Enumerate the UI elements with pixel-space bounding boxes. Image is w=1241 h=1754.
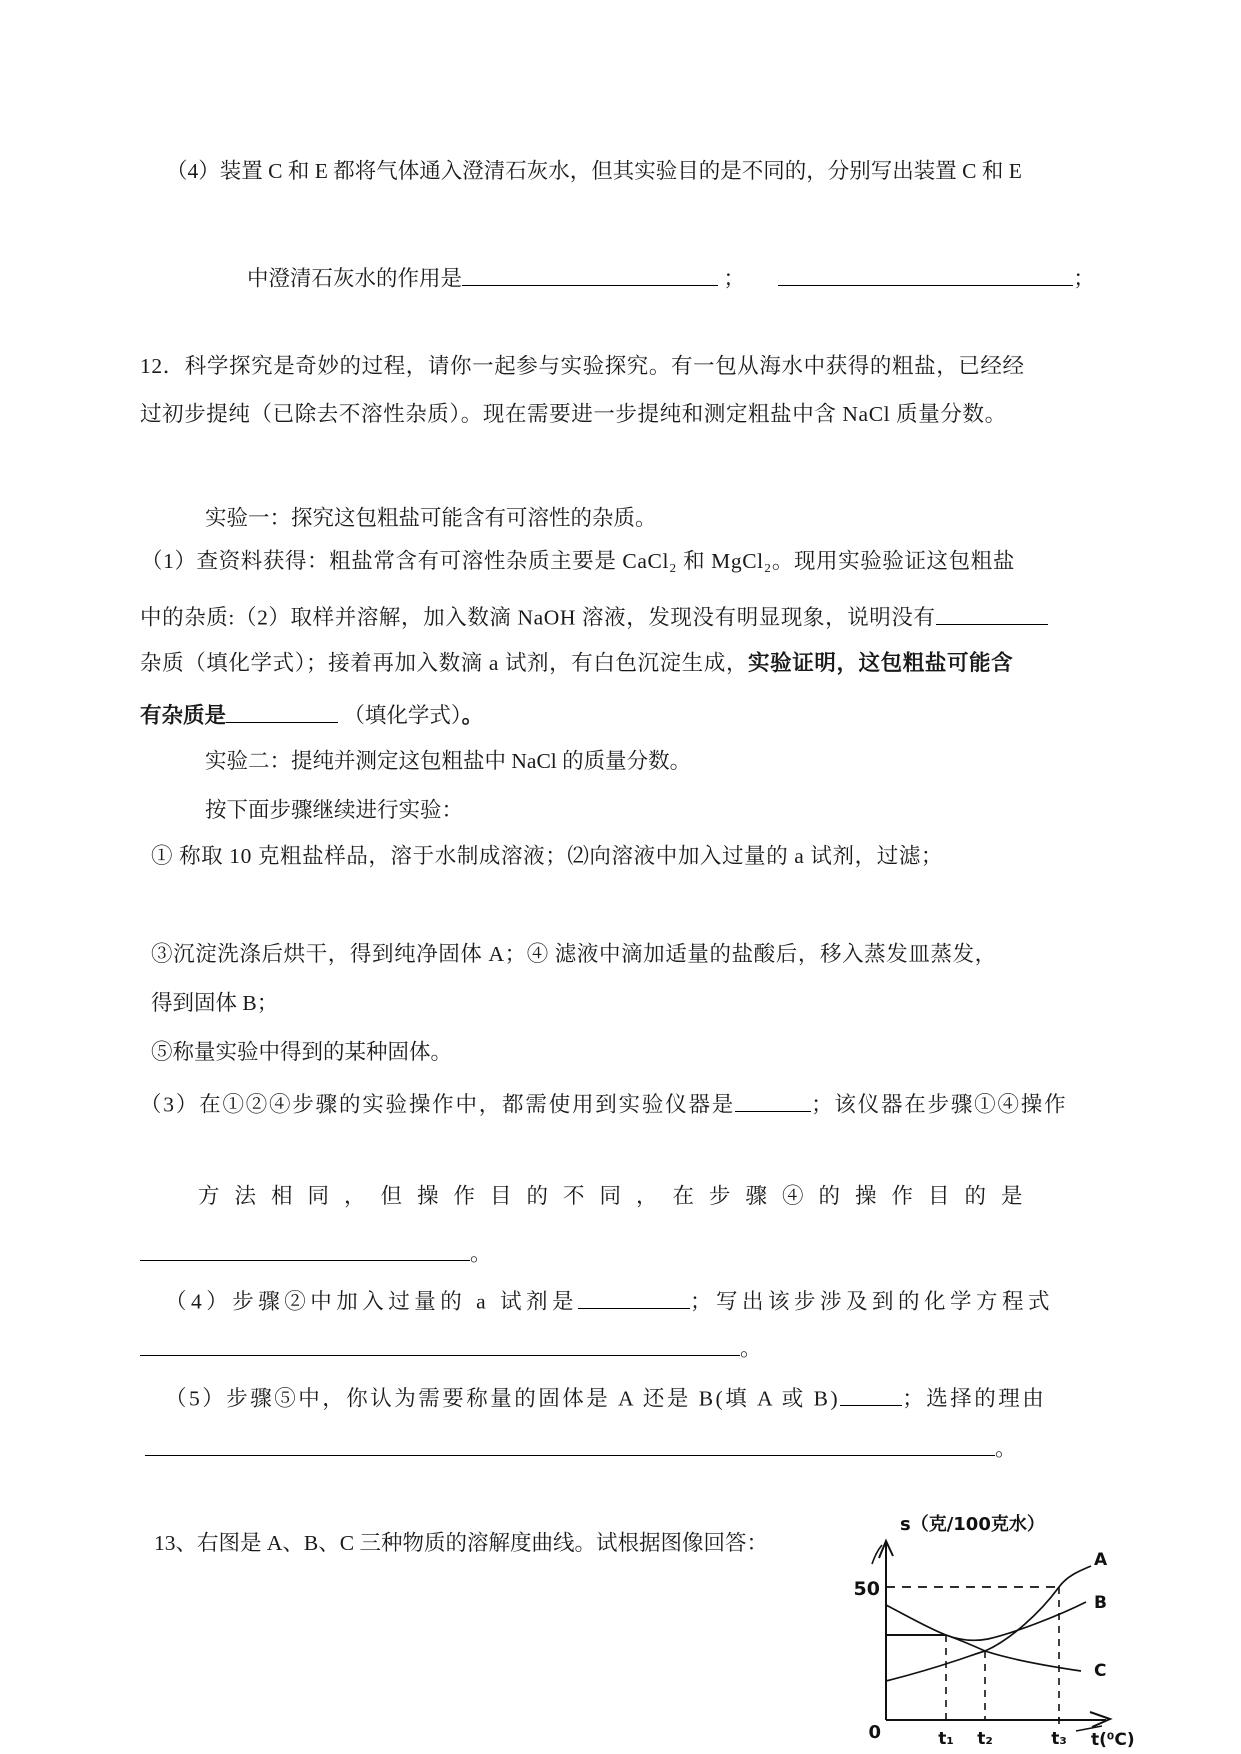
x-tick-t1: t₁ — [938, 1729, 954, 1749]
q12-part5-answer-line: 。 — [145, 1432, 1017, 1462]
period: 。 — [470, 1242, 492, 1266]
answer-blank — [140, 1237, 470, 1261]
experiment2-heading: 实验二：提纯并测定这包粗盐中 NaCl 的质量分数。 — [205, 748, 691, 775]
answer-blank — [735, 1088, 811, 1112]
q12-intro-line2: 过初步提纯（已除去不溶性杂质）。现在需要进一步提纯和测定粗盐中含 NaCl 质量… — [140, 401, 1007, 428]
origin-label: 0 — [868, 1722, 881, 1743]
q12-intro-line2-text: 过初步提纯（已除去不溶性杂质）。现在需要进一步提纯和测定粗盐中含 NaCl 质量… — [140, 402, 1007, 426]
q12-intro-line1-text: 12．科学探究是奇妙的过程，请你一起参与实验探究。有一包从海水中获得的粗盐，已经… — [140, 354, 1025, 378]
period: 。 — [740, 1337, 762, 1361]
q12-part2-line1-text: 中的杂质:（2）取样并溶解，加入数滴 NaOH 溶液，发现没有明显现象，说明没有 — [140, 606, 936, 630]
answer-blank — [578, 1285, 690, 1309]
exam-document-page: （4）装置 C 和 E 都将气体通入澄清石灰水，但其实验目的是不同的，分别写出装… — [0, 0, 1241, 1754]
answer-blank — [936, 601, 1048, 625]
q12-part4-answer-line: 。 — [140, 1332, 762, 1362]
steps-intro: 按下面步骤继续进行实验： — [205, 797, 463, 824]
bold-statement: 实验证明，这包粗盐可能含 — [748, 651, 1013, 675]
answer-blank — [140, 1332, 740, 1356]
x-axis-label: t(⁰C) — [1091, 1730, 1135, 1750]
q12-part5-line1-text: （5）步骤⑤中，你认为需要称量的固体是 A 还是 B(填 A 或 B) — [165, 1387, 840, 1411]
curve-a-label: A — [1094, 1550, 1108, 1570]
step3-4-line2: 得到固体 B； — [151, 990, 278, 1017]
step3-4-line1: ③沉淀洗涤后烘干，得到纯净固体 A；④ 滤液中滴加适量的盐酸后，移入蒸发皿蒸发， — [151, 941, 997, 968]
answer-blank — [462, 262, 718, 286]
q11-part4-line1: （4）装置 C 和 E 都将气体通入澄清石灰水，但其实验目的是不同的，分别写出装… — [166, 158, 1022, 185]
q12-part4-line1: （4）步骤②中加入过量的 a 试剂是；写出该步涉及到的化学方程式 — [165, 1285, 1054, 1315]
step5-text: ⑤称量实验中得到的某种固体。 — [151, 1040, 452, 1064]
q13-intro-line: 13、右图是 A、B、C 三种物质的溶解度曲线。试根据图像回答： — [154, 1530, 768, 1557]
q12-part2-line2: 杂质（填化学式）；接着再加入数滴 a 试剂，有白色沉淀生成，实验证明，这包粗盐可… — [140, 650, 1013, 677]
period: 。 — [995, 1437, 1017, 1461]
curve-b-label: B — [1094, 1593, 1107, 1613]
q12-part2-line2-text: 杂质（填化学式）；接着再加入数滴 a 试剂，有白色沉淀生成， — [140, 651, 748, 675]
curve-c-label: C — [1094, 1661, 1106, 1681]
step1-2-text: ① 称取 10 克粗盐样品，溶于水制成溶液；⑵向溶液中加入过量的 a 试剂，过滤… — [151, 844, 943, 868]
q12-part3-line1-tail: ；该仪器在步骤①④操作 — [811, 1093, 1067, 1117]
q12-part5-line1-tail: ；选择的理由 — [902, 1387, 1046, 1411]
q12-part1-line1-text: （1）查资料获得：粗盐常含有可溶性杂质主要是 CaCl₂ 和 MgCl₂。现用实… — [141, 549, 1015, 573]
q12-part2-line3: 有杂质是 （填化学式）。 — [140, 699, 483, 729]
steps-intro-text: 按下面步骤继续进行实验： — [205, 798, 463, 822]
solubility-chart: s（克/100克水） 50 0 t₁ t₂ t₃ t(⁰C) A B C — [848, 1512, 1241, 1754]
q12-part3-answer-line: 。 — [140, 1237, 492, 1267]
bold-statement: 有杂质是 — [140, 704, 226, 728]
step3-4-line1-text: ③沉淀洗涤后烘干，得到纯净固体 A；④ 滤液中滴加适量的盐酸后，移入蒸发皿蒸发， — [151, 942, 997, 966]
period: 。 — [462, 704, 484, 728]
q12-part5-line1: （5）步骤⑤中，你认为需要称量的固体是 A 还是 B(填 A 或 B)；选择的理… — [165, 1382, 1046, 1412]
q12-part1-line1: （1）查资料获得：粗盐常含有可溶性杂质主要是 CaCl₂ 和 MgCl₂。现用实… — [141, 548, 1015, 575]
curve-b — [946, 1602, 1086, 1640]
answer-blank — [145, 1432, 995, 1456]
q12-part3-line1: （3）在①②④步骤的实验操作中，都需使用到实验仪器是；该仪器在步骤①④操作 — [140, 1088, 1067, 1118]
q12-part2-line1: 中的杂质:（2）取样并溶解，加入数滴 NaOH 溶液，发现没有明显现象，说明没有 — [140, 601, 1048, 631]
q12-part4-line1-tail: ；写出该步涉及到的化学方程式 — [690, 1290, 1054, 1314]
q12-part2-line3-text: （填化学式） — [343, 704, 461, 728]
answer-blank — [226, 699, 338, 723]
q12-part3-line2-text: 方法相同，但操作目的不同，在步骤④的操作目的是 — [198, 1184, 1038, 1208]
step5-line: ⑤称量实验中得到的某种固体。 — [151, 1039, 452, 1066]
experiment2-heading-text: 实验二：提纯并测定这包粗盐中 NaCl 的质量分数。 — [205, 749, 691, 773]
curve-c — [886, 1605, 1081, 1671]
experiment1-heading: 实验一：探究这包粗盐可能含有可溶性的杂质。 — [205, 505, 657, 532]
q12-intro-line1: 12．科学探究是奇妙的过程，请你一起参与实验探究。有一包从海水中获得的粗盐，已经… — [140, 353, 1025, 380]
semicolon: ； — [723, 267, 745, 291]
q12-part3-line1-text: （3）在①②④步骤的实验操作中，都需使用到实验仪器是 — [140, 1093, 735, 1117]
semicolon: ； — [1073, 267, 1095, 291]
q12-part4-line1-text: （4）步骤②中加入过量的 a 试剂是 — [165, 1290, 578, 1314]
x-tick-t2: t₂ — [977, 1729, 993, 1749]
y-tick-50: 50 — [854, 1578, 880, 1600]
q13-intro-text: 13、右图是 A、B、C 三种物质的溶解度曲线。试根据图像回答： — [154, 1531, 768, 1555]
q12-part3-line2: 方法相同，但操作目的不同，在步骤④的操作目的是 — [198, 1183, 1038, 1210]
x-tick-t3: t₃ — [1051, 1729, 1067, 1749]
q11-part4-line2-text: 中澄清石灰水的作用是 — [247, 267, 462, 291]
q11-part4-line1-text: （4）装置 C 和 E 都将气体通入澄清石灰水，但其实验目的是不同的，分别写出装… — [166, 159, 1022, 183]
y-axis-label: s（克/100克水） — [900, 1513, 1045, 1535]
curve-a — [886, 1566, 1091, 1681]
experiment1-heading-text: 实验一：探究这包粗盐可能含有可溶性的杂质。 — [205, 506, 657, 530]
q11-part4-line2: 中澄清石灰水的作用是 ； ； — [247, 262, 1095, 292]
answer-blank — [778, 262, 1073, 286]
answer-blank — [840, 1382, 902, 1406]
step1-2-line: ① 称取 10 克粗盐样品，溶于水制成溶液；⑵向溶液中加入过量的 a 试剂，过滤… — [151, 843, 943, 870]
step3-4-line2-text: 得到固体 B； — [151, 991, 278, 1015]
